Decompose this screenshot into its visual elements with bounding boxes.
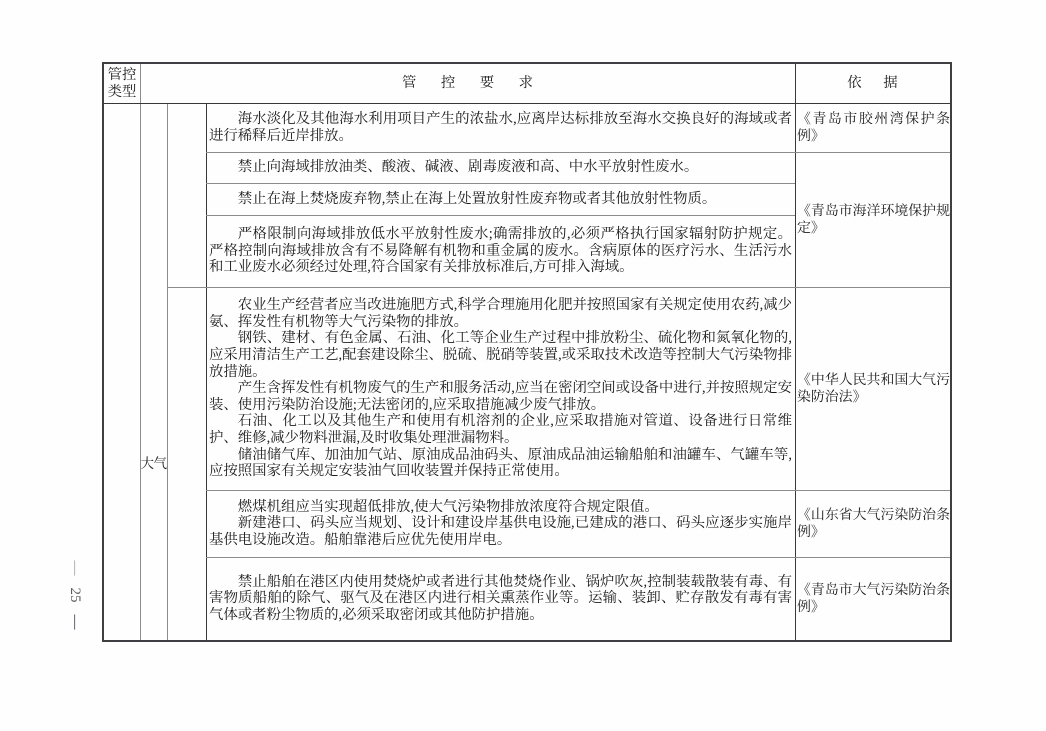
table-gridline [206, 183, 795, 184]
page-number-dash-bottom: — [67, 615, 84, 630]
basis-text: 《青岛市胶州湾保护条例》 [797, 111, 950, 145]
requirement-paragraph: 钢铁、建材、有色金属、石油、化工等企业生产过程中排放粉尘、硫化物和氮氧化物的,应… [209, 330, 792, 380]
requirement-cell: 禁止在海上焚烧废弃物,禁止在海上处置放射性废弃物或者其他放射性物质。 [206, 183, 795, 215]
table-gridline [140, 64, 141, 640]
header-control-requirement: 管控要求 [140, 64, 795, 103]
table-gridline [206, 557, 950, 558]
page-number: — 25 — [66, 540, 84, 650]
basis-text: 《青岛市海洋环境保护规定》 [797, 203, 950, 237]
requirement-paragraph: 新建港口、码头应当规划、设计和建设岸基供电设施,已建成的港口、码头应逐步实施岸基… [209, 515, 792, 548]
table-gridline [206, 152, 950, 153]
category-label-atmosphere: 大气 [140, 455, 167, 472]
basis-cell: 《青岛市胶州湾保护条例》 [795, 103, 950, 152]
table-gridline [104, 103, 950, 104]
requirement-paragraph: 产生含挥发性有机物废气的生产和服务活动,应当在密闭空间或设备中进行,并按照规定安… [209, 380, 792, 413]
requirement-paragraph: 禁止向海域排放油类、酸液、碱液、剧毒废液和高、中水平放射性废水。 [209, 159, 792, 176]
requirement-paragraph: 海水淡化及其他海水利用项目产生的浓盐水,应离岸达标排放至海水交换良好的海域或者进… [209, 111, 792, 144]
basis-cell: 《山东省大气污染防治条例》 [795, 490, 950, 557]
requirement-cell: 海水淡化及其他海水利用项目产生的浓盐水,应离岸达标排放至海水交换良好的海域或者进… [206, 103, 795, 152]
requirement-paragraph: 储油储气库、加油加气站、原油成品油码头、原油成品油运输船舶和油罐车、气罐车等,应… [209, 447, 792, 480]
requirement-paragraph: 禁止在海上焚烧废弃物,禁止在海上处置放射性废弃物或者其他放射性物质。 [209, 191, 792, 208]
requirement-paragraph: 禁止船舶在港区内使用焚烧炉或者进行其他焚烧作业、锅炉吹灰,控制装载散装有毒、有害… [209, 574, 792, 624]
requirement-cell: 禁止向海域排放油类、酸液、碱液、剧毒废液和高、中水平放射性废水。 [206, 152, 795, 183]
requirement-cell: 严格限制向海域排放低水平放射性废水;确需排放的,必须严格执行国家辐射防护规定。严… [206, 215, 795, 287]
table-gridline [167, 287, 950, 288]
basis-text: 《青岛市大气污染防治条例》 [797, 582, 950, 616]
header-control-type: 管控类型 [104, 64, 140, 103]
header-basis: 依据 [795, 64, 950, 103]
header-basis-label: 依据 [847, 75, 919, 92]
basis-cell: 《中华人民共和国大气污染防治法》 [795, 287, 950, 490]
table-gridline [206, 490, 950, 491]
requirement-cell: 禁止船舶在港区内使用焚烧炉或者进行其他焚烧作业、锅炉吹灰,控制装载散装有毒、有害… [206, 557, 795, 640]
requirement-paragraph: 石油、化工以及其他生产和使用有机溶剂的企业,应采取措施对管道、设备进行日常维护、… [209, 413, 792, 446]
requirement-paragraph: 农业生产经营者应当改进施肥方式,科学合理施用化肥并按照国家有关规定使用农药,减少… [209, 297, 792, 330]
header-control-type-label: 管控类型 [104, 67, 140, 101]
requirement-paragraph: 燃煤机组应当实现超低排放,使大气污染物排放浓度符合规定限值。 [209, 499, 792, 516]
table-gridline [795, 64, 796, 640]
requirement-cell: 农业生产经营者应当改进施肥方式,科学合理施用化肥并按照国家有关规定使用农药,减少… [206, 287, 795, 490]
basis-text: 《山东省大气污染防治条例》 [797, 507, 950, 541]
document-page: — 25 — 管控类型 管控要求 依据 大气 海水淡化及其他海水利用项目产生的浓… [0, 0, 1046, 731]
basis-text: 《中华人民共和国大气污染防治法》 [797, 372, 950, 406]
requirement-cell: 燃煤机组应当实现超低排放,使大气污染物排放浓度符合规定限值。 新建港口、码头应当… [206, 490, 795, 557]
requirement-paragraph: 严格限制向海域排放低水平放射性废水;确需排放的,必须严格执行国家辐射防护规定。严… [209, 226, 792, 276]
basis-cell: 《青岛市海洋环境保护规定》 [795, 152, 950, 287]
page-number-dash-top: — [67, 561, 84, 576]
page-number-value: 25 [67, 588, 84, 603]
header-control-requirement-label: 管控要求 [402, 75, 557, 92]
basis-cell: 《青岛市大气污染防治条例》 [795, 557, 950, 640]
table-gridline [206, 215, 795, 216]
control-requirements-table: 管控类型 管控要求 依据 大气 海水淡化及其他海水利用项目产生的浓盐水,应离岸达… [102, 62, 952, 642]
table-gridline [167, 103, 168, 640]
